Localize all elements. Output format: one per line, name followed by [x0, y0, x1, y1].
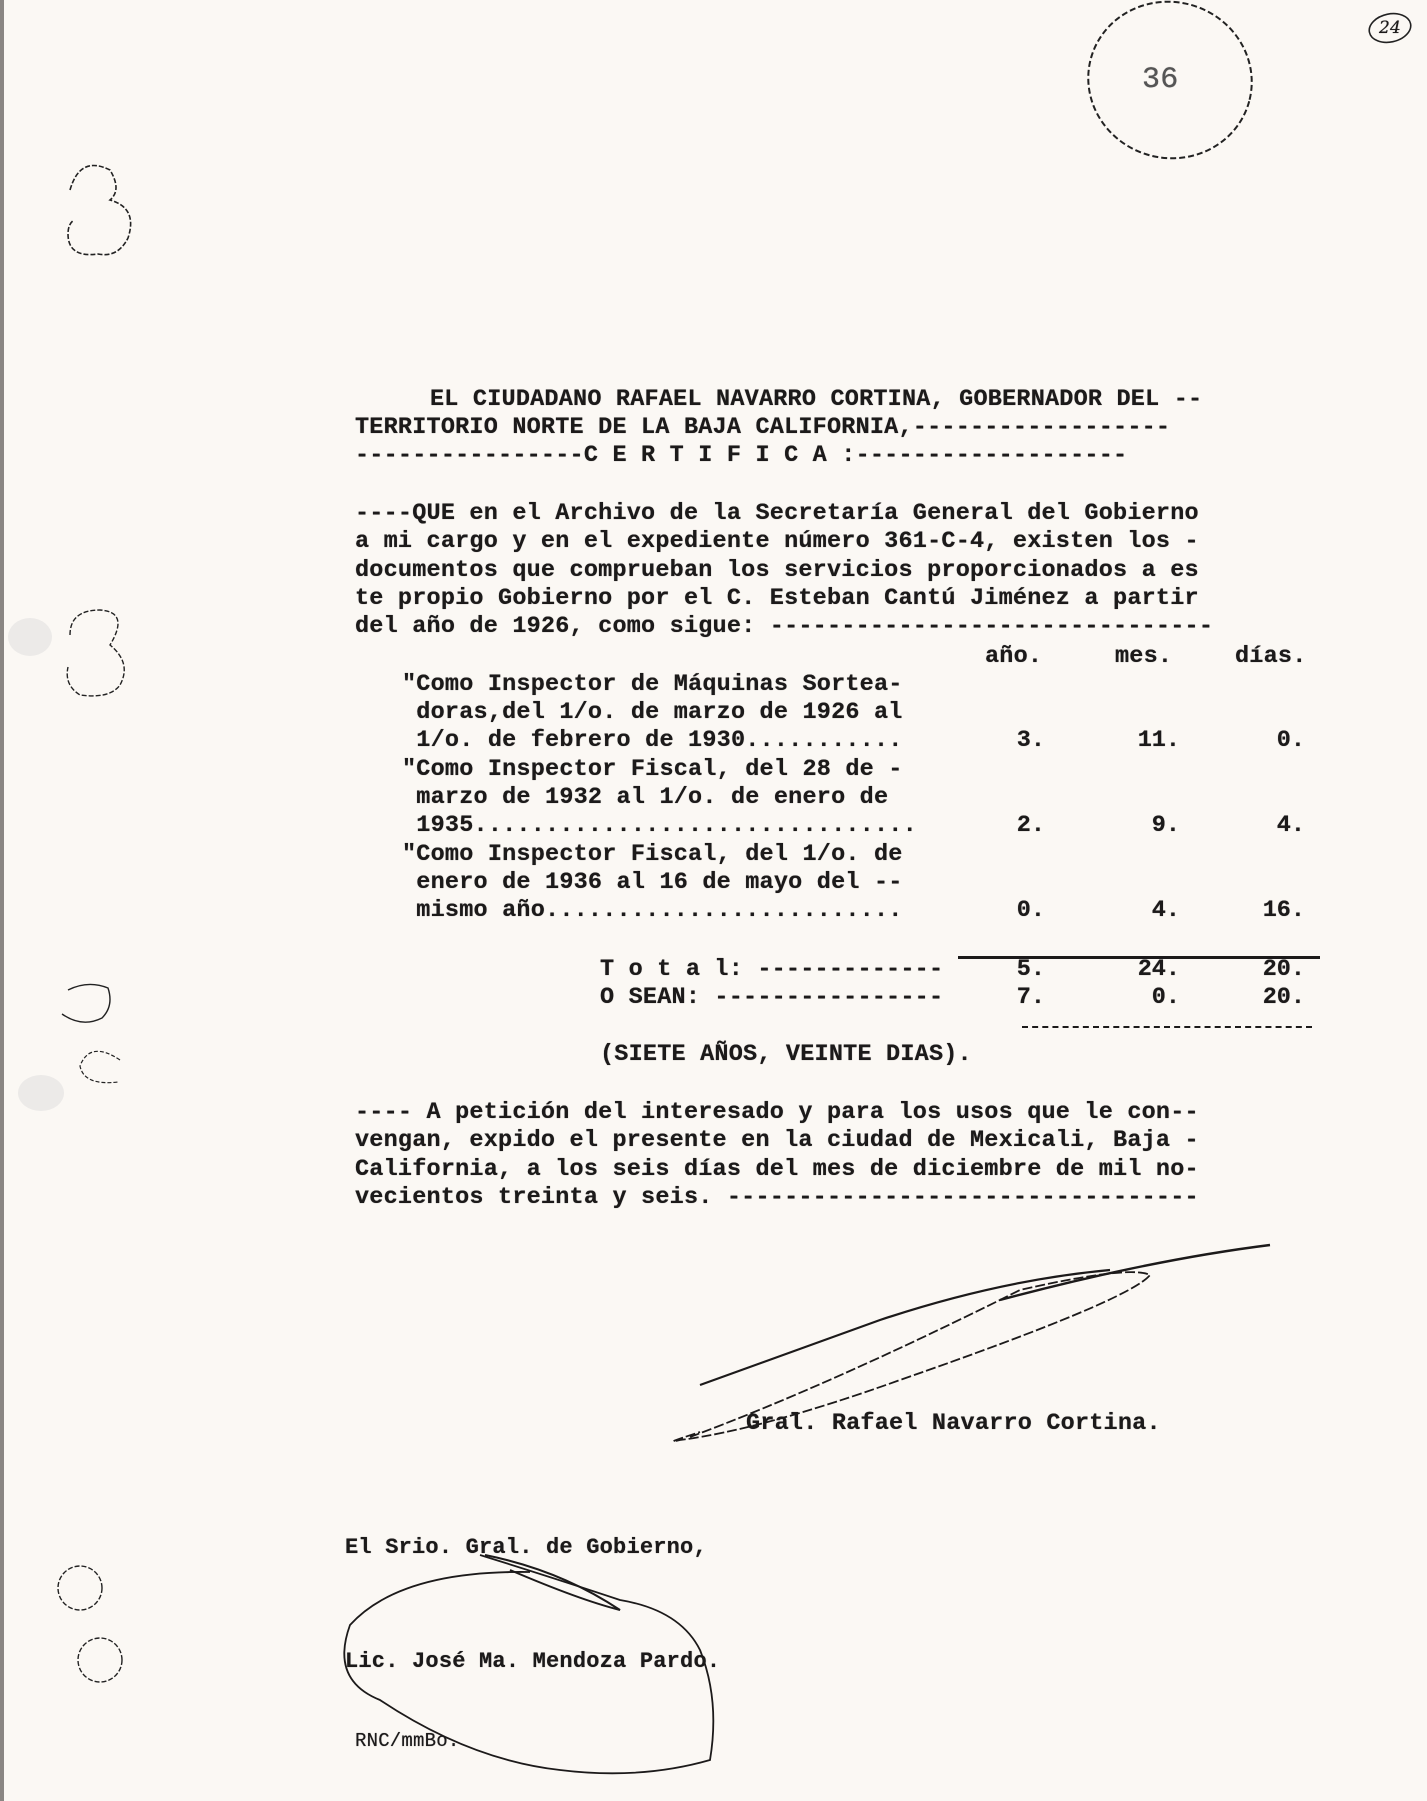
row-text: 1935............................... [402, 812, 917, 840]
row-text: "Como Inspector de Máquinas Sortea- [402, 671, 903, 699]
row-text: mismo año......................... [402, 897, 903, 925]
total-years: 5. [985, 956, 1045, 984]
row-text: 1/o. de febrero de 1930........... [402, 727, 903, 755]
total-days: 20. [1245, 956, 1305, 984]
row-text: "Como Inspector Fiscal, del 1/o. de [402, 841, 903, 869]
equivalent-rule [1022, 1026, 1312, 1030]
days-value: 4. [1245, 812, 1305, 840]
column-header-years: año. [985, 643, 1042, 671]
months-value: 4. [1120, 897, 1180, 925]
months-value: 9. [1120, 812, 1180, 840]
equivalent-years: 7. [985, 984, 1045, 1012]
intro-line: a mi cargo y en el expediente número 361… [355, 528, 1199, 556]
page-number: 24 [1379, 14, 1401, 42]
closing-line: vecientos treinta y seis. --------------… [355, 1184, 1199, 1212]
months-value: 11. [1120, 727, 1180, 755]
intro-line: documentos que comprueban los servicios … [355, 557, 1199, 585]
secretary-name: Lic. José Ma. Mendoza Pardo. [345, 1648, 720, 1676]
equivalent-months: 0. [1120, 984, 1180, 1012]
days-value: 0. [1245, 727, 1305, 755]
row-text: doras,del 1/o. de marzo de 1926 al [402, 699, 903, 727]
column-header-months: mes. [1115, 643, 1172, 671]
equivalent-label: O SEAN: ---------------- [600, 984, 943, 1012]
column-header-days: días. [1235, 643, 1307, 671]
intro-line: del año de 1926, como sigue: -----------… [355, 613, 1213, 641]
row-text: marzo de 1932 al 1/o. de enero de [402, 784, 888, 812]
secretary-title: El Srio. Gral. de Gobierno, [345, 1534, 707, 1562]
row-text: "Como Inspector Fiscal, del 28 de - [402, 756, 903, 784]
closing-line: vengan, expido el presente en la ciudad … [355, 1127, 1199, 1155]
signatory-name: Gral. Rafael Navarro Cortina. [746, 1410, 1161, 1438]
years-value: 3. [985, 727, 1045, 755]
closing-line: California, a los seis días del mes de d… [355, 1156, 1199, 1184]
days-value: 16. [1245, 897, 1305, 925]
row-text: enero de 1936 al 16 de mayo del -- [402, 869, 903, 897]
total-label: T o t a l: ------------- [600, 956, 943, 984]
header-line: TERRITORIO NORTE DE LA BAJA CALIFORNIA,-… [355, 414, 1170, 442]
intro-line: ----QUE en el Archivo de la Secretaría G… [355, 500, 1199, 528]
closing-line: ---- A petición del interesado y para lo… [355, 1099, 1199, 1127]
intro-line: te propio Gobierno por el C. Esteban Can… [355, 585, 1199, 613]
total-in-words: (SIETE AÑOS, VEINTE DIAS). [600, 1041, 972, 1069]
years-value: 0. [985, 897, 1045, 925]
certifica-heading: ----------------C E R T I F I C A :-----… [355, 442, 1127, 470]
stamp-number: 36 [1142, 66, 1178, 94]
years-value: 2. [985, 812, 1045, 840]
reference-initials: RNC/mmBo. [355, 1727, 459, 1755]
equivalent-days: 20. [1245, 984, 1305, 1012]
header-line: EL CIUDADANO RAFAEL NAVARRO CORTINA, GOB… [430, 386, 1202, 414]
total-months: 24. [1120, 956, 1180, 984]
